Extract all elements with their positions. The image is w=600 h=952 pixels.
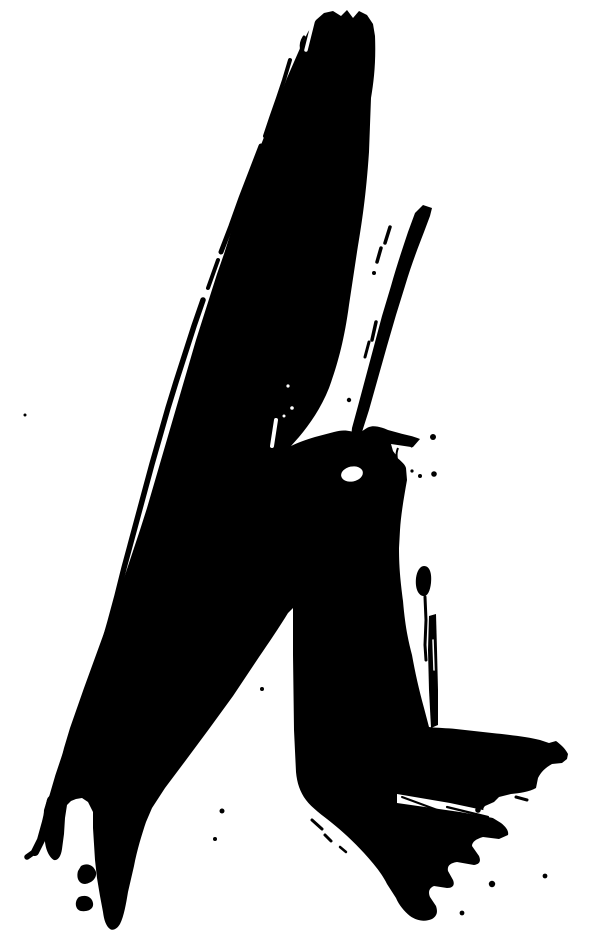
splatter-dot bbox=[460, 911, 465, 916]
splatter-dot bbox=[410, 469, 413, 472]
edge-white-speckle bbox=[290, 406, 294, 410]
splatter-dot bbox=[475, 807, 481, 813]
hairline-dot bbox=[347, 398, 351, 402]
drip-white-sliver bbox=[433, 640, 434, 670]
edge-white-speckle bbox=[286, 384, 289, 387]
hairline-dot bbox=[372, 271, 376, 275]
splatter-dot bbox=[431, 471, 437, 477]
splatter-dot bbox=[543, 874, 548, 879]
splatter-dot bbox=[489, 881, 495, 887]
artwork-canvas bbox=[0, 0, 600, 952]
splatter-dot bbox=[418, 474, 422, 478]
splatter-dot bbox=[260, 687, 264, 691]
splatter-dot bbox=[220, 809, 225, 814]
splatter-dot bbox=[430, 434, 436, 440]
edge-white-speckle bbox=[283, 415, 286, 418]
splatter-dot bbox=[213, 837, 217, 841]
ink-drip-line bbox=[425, 597, 426, 660]
splatter-dot bbox=[24, 414, 27, 417]
ink-brush-artwork bbox=[0, 0, 600, 952]
